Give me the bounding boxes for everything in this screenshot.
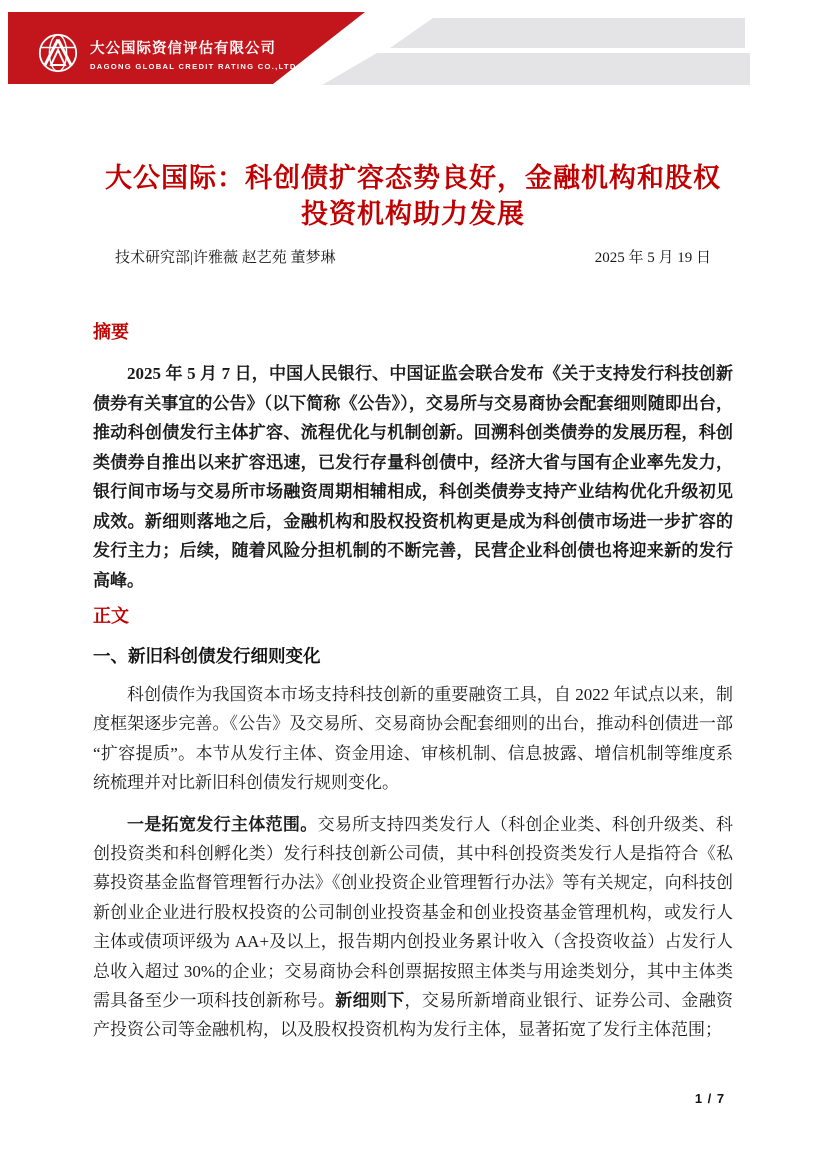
section-heading: 一、新旧科创债发行细则变化	[93, 644, 733, 668]
abstract-paragraph: 2025 年 5 月 7 日，中国人民银行、中国证监会联合发布《关于支持发行科技…	[93, 359, 733, 595]
byline-authors: 技术研究部|许雅薇 赵艺苑 董梦琳	[115, 248, 336, 268]
company-name-zh: 大公国际资信评估有限公司	[90, 37, 297, 58]
body-paragraph-1: 科创债作为我国资本市场支持科技创新的重要融资工具，自 2022 年试点以来，制度…	[93, 680, 733, 798]
byline-row: 技术研究部|许雅薇 赵艺苑 董梦琳 2025 年 5 月 19 日	[93, 248, 733, 268]
article-body: 大公国际：科创债扩容态势良好，金融机构和股权投资机构助力发展 技术研究部|许雅薇…	[0, 160, 826, 1045]
decorative-stripe-bottom	[322, 53, 750, 85]
body-paragraph-2: 一是拓宽发行主体范围。交易所支持四类发行人（科创企业类、科创升级类、科创投资类和…	[93, 810, 733, 1045]
body-label: 正文	[93, 604, 733, 628]
page-number: 1 / 7	[688, 1091, 732, 1106]
decorative-stripe-top	[390, 18, 745, 48]
publish-date: 2025 年 5 月 19 日	[595, 248, 711, 268]
brand-names: 大公国际资信评估有限公司 DAGONG GLOBAL CREDIT RATING…	[90, 37, 297, 71]
document-page: 大公国际资信评估有限公司 DAGONG GLOBAL CREDIT RATING…	[0, 0, 826, 1169]
abstract-label: 摘要	[93, 320, 733, 344]
article-title: 大公国际：科创债扩容态势良好，金融机构和股权投资机构助力发展	[93, 160, 733, 232]
company-name-en: DAGONG GLOBAL CREDIT RATING CO.,LTD	[90, 62, 297, 71]
dagong-globe-logo-icon	[38, 33, 78, 73]
